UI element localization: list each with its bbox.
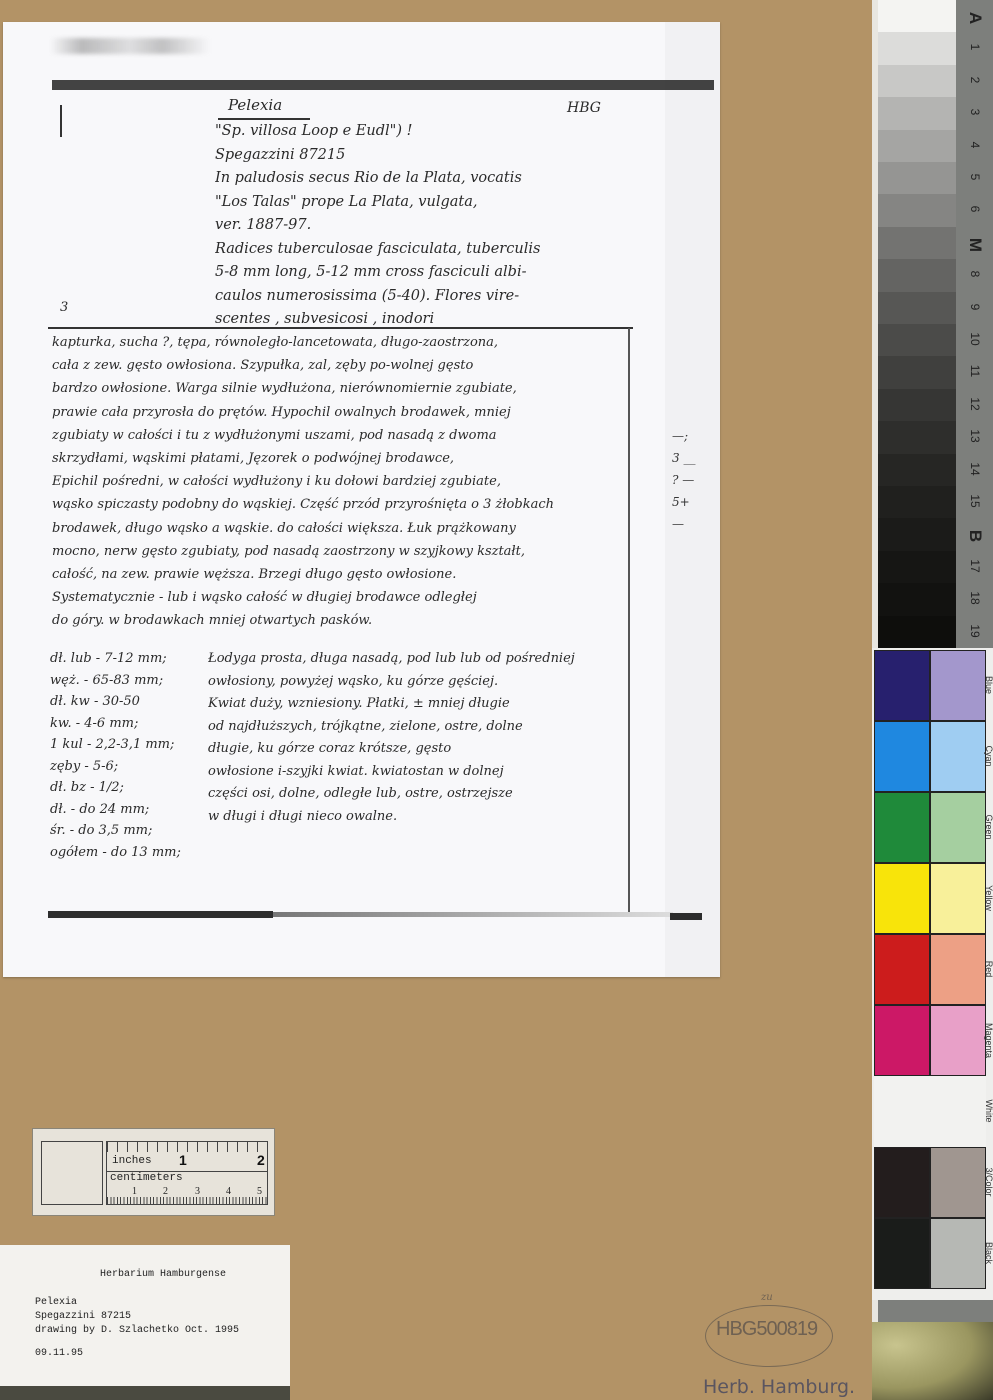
- body-line: zgubiaty w całości i tu z wydłużonymi us…: [52, 424, 627, 447]
- institution-name: Herbarium Hamburgense: [100, 1269, 226, 1280]
- gray-step: [878, 421, 956, 453]
- measurement: kw. - 4-6 mm;: [50, 713, 200, 735]
- stamp-prefix: zu: [761, 1292, 773, 1303]
- gray-step: [878, 0, 956, 32]
- color-patch-label: Blue: [984, 668, 993, 702]
- copy-smudge: [50, 38, 210, 54]
- margin-note: 5+: [672, 491, 712, 513]
- gray-step: [878, 130, 956, 162]
- gray-step-label: 6: [968, 194, 982, 224]
- body-line: mocno, nerw gęsto zgubiaty, pod nasadą z…: [52, 540, 627, 563]
- gray-step-label: 8: [968, 259, 982, 289]
- body-line: prawie cała przyrosła do prętów. Hypochi…: [52, 401, 627, 424]
- header-line: "Sp. villosa Loop e Eudl") !: [215, 120, 635, 144]
- color-patch-dark: [874, 863, 930, 934]
- taxon-name: Pelexia: [35, 1297, 77, 1308]
- color-patch-light: [930, 1005, 986, 1076]
- color-patch-light: [930, 1218, 986, 1289]
- gray-step: [878, 389, 956, 421]
- gray-step: [878, 486, 956, 518]
- label-bottom-edge: [0, 1386, 290, 1400]
- measurement: dł. bz - 1/2;: [50, 777, 200, 799]
- gray-step-label: 19: [968, 616, 982, 646]
- gray-step: [878, 324, 956, 356]
- measurement: ogółem - do 13 mm;: [50, 842, 200, 864]
- cm-mark: 5: [257, 1186, 262, 1197]
- section-divider: [48, 327, 633, 329]
- gray-step-label: 13: [968, 421, 982, 451]
- color-patch-label: Green: [984, 810, 993, 844]
- margin-note: ? —: [672, 469, 712, 491]
- desc-line: długie, ku górze coraz krótsze, gęsto: [208, 738, 633, 761]
- color-patch-white: [874, 1076, 986, 1147]
- herbarium-stamp: Herb. Hamburg.: [703, 1376, 855, 1398]
- gray-step: [878, 356, 956, 388]
- header-text-block: "Sp. villosa Loop e Eudl") ! Spegazzini …: [215, 120, 635, 332]
- cm-mark: 3: [195, 1186, 200, 1197]
- desc-line: Kwiat duży, wzniesiony. Płatki, ± mniej …: [208, 693, 633, 716]
- measurement: 1 kul - 2,2-3,1 mm;: [50, 734, 200, 756]
- gray-step: [878, 97, 956, 129]
- body-line: wąsko spiczasty podobny do wąskiej. Częś…: [52, 493, 627, 516]
- gray-step: [878, 518, 956, 550]
- color-patch-label: 3/Color: [984, 1165, 993, 1199]
- header-line: In paludosis secus Rio de la Plata, voca…: [215, 167, 635, 191]
- body-line: cała z zew. gęsto owłosiona. Szypułka, z…: [52, 354, 627, 377]
- gray-step: [878, 32, 956, 64]
- gray-step: [878, 227, 956, 259]
- gray-step-label: 12: [968, 389, 982, 419]
- gray-step-label: 2: [968, 65, 982, 95]
- gray-step-label: 10: [968, 324, 982, 354]
- header-line: Radices tuberculosae fasciculata, tuberc…: [215, 238, 635, 262]
- barcode-number: HBG500819: [716, 1318, 817, 1341]
- stem-description: Łodyga prosta, długa nasadą, pod lub lub…: [208, 648, 633, 828]
- color-patch-dark: [874, 792, 930, 863]
- color-patch-light: [930, 792, 986, 863]
- margin-note: 3 __: [672, 447, 712, 469]
- measurement: dł. lub - 7-12 mm;: [50, 648, 200, 670]
- gray-step: [878, 292, 956, 324]
- cm-ticks: [107, 1197, 267, 1204]
- desc-line: owłosione i-szyjki kwiat. kwiatostan w d…: [208, 761, 633, 784]
- gray-step-label: M: [965, 230, 985, 260]
- herbarium-code: HBG: [567, 100, 601, 116]
- desc-line: od najdłuższych, trójkątne, zielone, ost…: [208, 716, 633, 739]
- centimeters-label: centimeters: [110, 1172, 183, 1184]
- gray-step: [878, 162, 956, 194]
- cm-mark: 2: [163, 1186, 168, 1197]
- bottom-black-bar: [48, 911, 273, 918]
- gray-step: [878, 454, 956, 486]
- gray-step-label: 11: [968, 356, 982, 386]
- top-black-bar: [52, 80, 714, 90]
- measurement: śr. - do 3,5 mm;: [50, 820, 200, 842]
- cm-mark: 1: [132, 1186, 137, 1197]
- gray-step: [878, 583, 956, 615]
- color-patch-dark: [874, 934, 930, 1005]
- gray-step-label: 9: [968, 292, 982, 322]
- margin-number: 3: [60, 300, 68, 315]
- color-patch-label: Cyan: [984, 739, 993, 773]
- color-patch-label: Magenta: [984, 1023, 993, 1057]
- header-line: ver. 1887-97.: [215, 214, 635, 238]
- color-patch-dark: [874, 1218, 930, 1289]
- scale-ruler: inches centimeters 1 2 1 2 3 4 5: [32, 1128, 275, 1216]
- measurement: dł. - do 24 mm;: [50, 799, 200, 821]
- body-line: bardzo owłosione. Warga silnie wydłużona…: [52, 377, 627, 400]
- margin-notes: —; 3 __ ? — 5+ —: [672, 425, 712, 535]
- header-line: Spegazzini 87215: [215, 144, 635, 168]
- inch-mark: 2: [257, 1152, 265, 1168]
- margin-bracket: [60, 105, 62, 137]
- bottom-bar-fade: [273, 912, 673, 917]
- gray-step-label: 4: [968, 130, 982, 160]
- color-patch-label: Black: [984, 1236, 993, 1270]
- color-patch-label: White: [984, 1094, 993, 1128]
- body-line: brodawek, długo wąsko a wąskie. do całoś…: [52, 517, 627, 540]
- color-patch-dark: [874, 721, 930, 792]
- color-patch-label: Red: [984, 952, 993, 986]
- gray-step-label: 15: [968, 486, 982, 516]
- desc-line: Łodyga prosta, długa nasadą, pod lub lub…: [208, 648, 633, 671]
- header-line: caulos numerosissima (5-40). Flores vire…: [215, 285, 635, 309]
- drawing-note: drawing by D. Szlachetko Oct. 1995: [35, 1325, 239, 1336]
- desc-line: owłosiony, powyżej wąsko, ku górze gęści…: [208, 671, 633, 694]
- gray-step: [878, 65, 956, 97]
- gray-step: [878, 616, 956, 648]
- desc-line: w długi i długi nieco owalne.: [208, 806, 633, 829]
- inch-mark: 1: [179, 1152, 187, 1168]
- description-body: kapturka, sucha ?, tępa, równoległo-lanc…: [52, 331, 627, 633]
- gray-step-label: 14: [968, 454, 982, 484]
- gray-step-label: 3: [968, 97, 982, 127]
- measurement: dł. kw - 30-50: [50, 691, 200, 713]
- desc-line: części osi, dolne, odległe lub, ostre, o…: [208, 783, 633, 806]
- ruler-blank-box: [41, 1141, 103, 1205]
- measurement: zęby - 5-6;: [50, 756, 200, 778]
- header-line: "Los Talas" prope La Plata, vulgata,: [215, 191, 635, 215]
- color-patch-label: Yellow: [984, 881, 993, 915]
- gray-step: [878, 194, 956, 226]
- gray-step-label: A: [965, 3, 985, 33]
- header-line: 5-8 mm long, 5-12 mm cross fasciculi alb…: [215, 261, 635, 285]
- color-patch-dark: [874, 1147, 930, 1218]
- color-patch-light: [930, 1147, 986, 1218]
- genus-title: Pelexia: [228, 96, 282, 114]
- label-date: 09.11.95: [35, 1348, 83, 1359]
- background-out-of-focus: [872, 1322, 993, 1400]
- barcode-stamp: zu HBG500819: [705, 1305, 833, 1367]
- color-patch-light: [930, 650, 986, 721]
- bottom-bar-end: [670, 913, 702, 920]
- measurements-column: dł. lub - 7-12 mm; węż. - 65-83 mm; dł. …: [50, 648, 200, 863]
- margin-note: —;: [672, 425, 712, 447]
- color-patch-dark: [874, 1005, 930, 1076]
- gray-step-label: 17: [968, 551, 982, 581]
- measurement: węż. - 65-83 mm;: [50, 670, 200, 692]
- color-patch-light: [930, 721, 986, 792]
- gray-step-label: B: [965, 521, 985, 551]
- body-line: całość, na zew. prawie węższa. Brzegi dł…: [52, 563, 627, 586]
- color-patch-light: [930, 934, 986, 1005]
- gray-step-label: 1: [968, 32, 982, 62]
- inch-ticks: [107, 1142, 267, 1152]
- herbarium-label: Herbarium Hamburgense Pelexia Spegazzini…: [0, 1245, 290, 1386]
- margin-note: —: [672, 513, 712, 535]
- body-line: Systematycznie - lub i wąsko całość w dł…: [52, 586, 627, 609]
- gray-step-label: 18: [968, 583, 982, 613]
- gray-step: [878, 259, 956, 291]
- cm-mark: 4: [226, 1186, 231, 1197]
- body-line: skrzydłami, wąskimi płatami, Jęzorek o p…: [52, 447, 627, 470]
- collector-number: Spegazzini 87215: [35, 1311, 131, 1322]
- ruler-scale: inches centimeters 1 2 1 2 3 4 5: [106, 1141, 268, 1205]
- color-patch-dark: [874, 650, 930, 721]
- gray-step: [878, 551, 956, 583]
- body-line: Epichil pośredni, w całości wydłużony i …: [52, 470, 627, 493]
- color-patch-light: [930, 863, 986, 934]
- body-line: do góry. w brodawkach mniej otwartych pa…: [52, 609, 627, 632]
- inches-label: inches: [112, 1155, 152, 1167]
- body-line: kapturka, sucha ?, tępa, równoległo-lanc…: [52, 331, 627, 354]
- gray-step-label: 5: [968, 162, 982, 192]
